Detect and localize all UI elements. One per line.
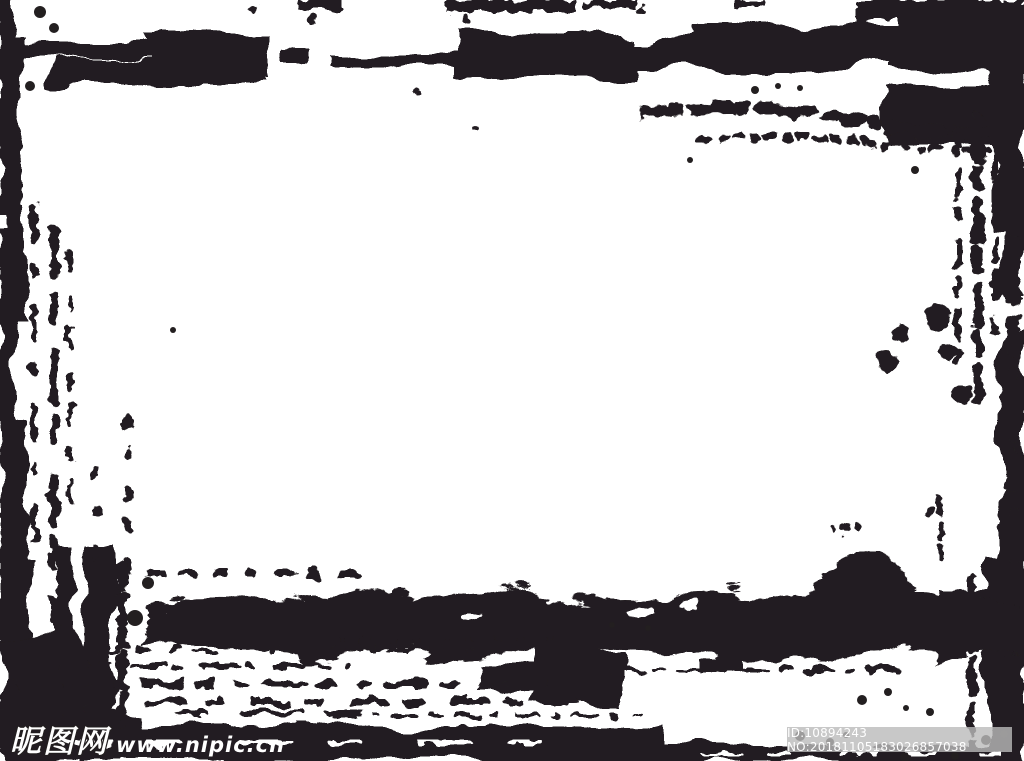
nipic-url-text: www.nipic.cn: [116, 735, 285, 756]
nipic-logo-text: 昵图网: [10, 727, 109, 758]
image-id-text: ID:10894243 NO:20181105183026857038: [787, 726, 1012, 754]
grunge-border-artwork: [0, 0, 1024, 761]
grunge-frame-image: 昵图网 www.nipic.cn ID:10894243 NO:20181105…: [0, 0, 1024, 761]
image-id-bar: ID:10894243 NO:20181105183026857038: [787, 727, 1012, 752]
nipic-watermark: 昵图网 www.nipic.cn: [10, 727, 285, 758]
